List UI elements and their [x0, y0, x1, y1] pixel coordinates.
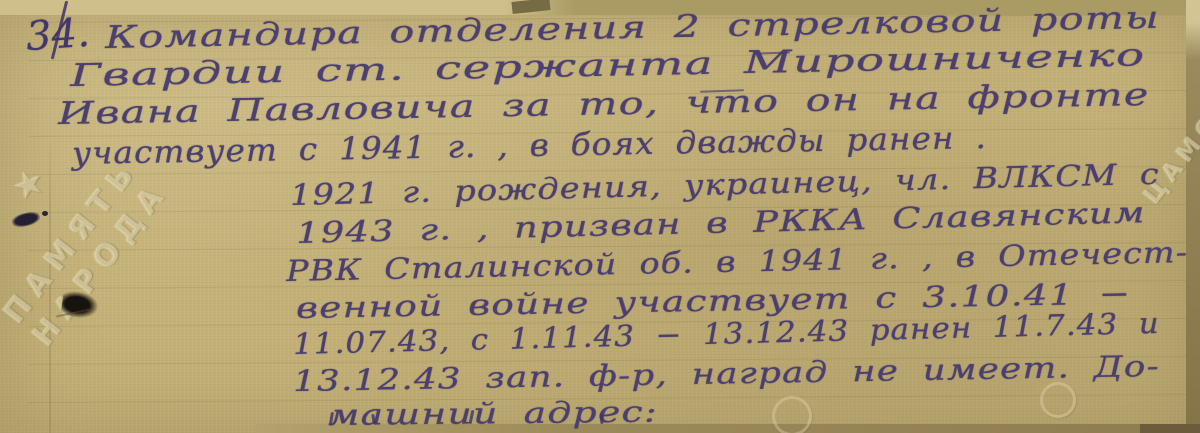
star-icon: ★ — [6, 160, 51, 210]
ink-speck — [42, 211, 48, 216]
watermark-circle — [772, 396, 812, 433]
paper-hole — [60, 290, 99, 321]
handwritten-line-11: машний адрес: — [328, 395, 658, 432]
scan-right-edge — [1186, 0, 1200, 433]
ink-blot — [11, 210, 41, 229]
document-scan: ★ ПАМЯТЬ НАРОДА ЦАМО 34. Командира отдел… — [0, 0, 1200, 433]
scan-bottom-corner — [1140, 424, 1200, 433]
watermark-circle — [1040, 382, 1076, 418]
